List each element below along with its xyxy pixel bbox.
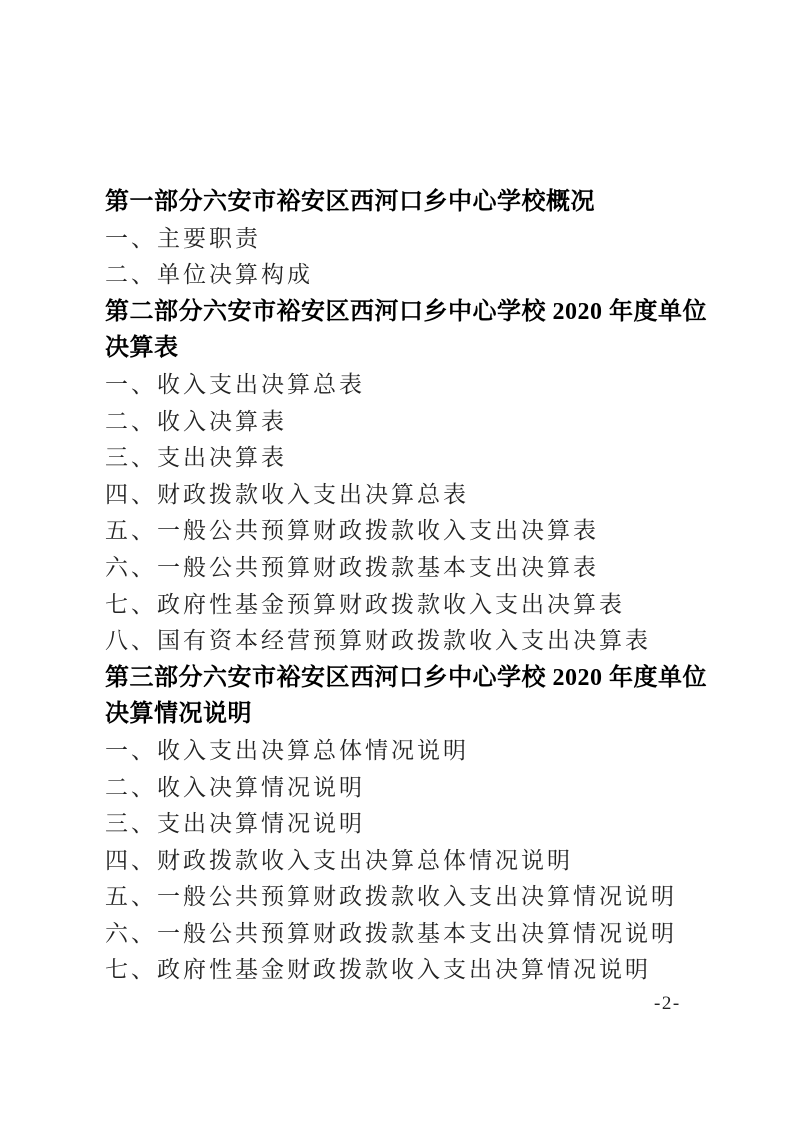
toc-item: 七、政府性基金财政拨款收入支出决算情况说明 xyxy=(105,952,727,989)
toc-item: 二、收入决算情况说明 xyxy=(105,770,727,807)
toc-item: 一、主要职责 xyxy=(105,221,727,258)
table-of-contents: 第一部分六安市裕安区西河口乡中心学校概况 一、主要职责 二、单位决算构成 第二部… xyxy=(105,184,727,989)
section-3-heading-line-2: 决算情况说明 xyxy=(105,696,727,733)
toc-item: 四、财政拨款收入支出决算总体情况说明 xyxy=(105,843,727,880)
toc-item: 一、收入支出决算总体情况说明 xyxy=(105,733,727,770)
toc-item: 三、支出决算情况说明 xyxy=(105,806,727,843)
toc-item: 八、国有资本经营预算财政拨款收入支出决算表 xyxy=(105,623,727,660)
section-2-heading-line-2: 决算表 xyxy=(105,330,727,367)
toc-item: 四、财政拨款收入支出决算总表 xyxy=(105,477,727,514)
toc-item: 六、一般公共预算财政拨款基本支出决算表 xyxy=(105,550,727,587)
section-2-heading: 第二部分六安市裕安区西河口乡中心学校 2020 年度单位 决算表 xyxy=(105,294,727,367)
section-1-heading: 第一部分六安市裕安区西河口乡中心学校概况 xyxy=(105,184,727,221)
section-3-heading: 第三部分六安市裕安区西河口乡中心学校 2020 年度单位 决算情况说明 xyxy=(105,660,727,733)
toc-item: 一、收入支出决算总表 xyxy=(105,367,727,404)
toc-item: 三、支出决算表 xyxy=(105,440,727,477)
toc-item: 五、一般公共预算财政拨款收入支出决算情况说明 xyxy=(105,879,727,916)
toc-item: 二、单位决算构成 xyxy=(105,257,727,294)
toc-item: 五、一般公共预算财政拨款收入支出决算表 xyxy=(105,513,727,550)
section-2-heading-line-1: 第二部分六安市裕安区西河口乡中心学校 2020 年度单位 xyxy=(105,294,727,331)
document-page: 第一部分六安市裕安区西河口乡中心学校概况 一、主要职责 二、单位决算构成 第二部… xyxy=(0,0,793,1122)
section-1-heading-line-1: 第一部分六安市裕安区西河口乡中心学校概况 xyxy=(105,184,727,221)
page-number: -2- xyxy=(654,992,681,1016)
toc-item: 六、一般公共预算财政拨款基本支出决算情况说明 xyxy=(105,916,727,953)
section-3-heading-line-1: 第三部分六安市裕安区西河口乡中心学校 2020 年度单位 xyxy=(105,660,727,697)
toc-item: 七、政府性基金预算财政拨款收入支出决算表 xyxy=(105,587,727,624)
toc-item: 二、收入决算表 xyxy=(105,404,727,441)
